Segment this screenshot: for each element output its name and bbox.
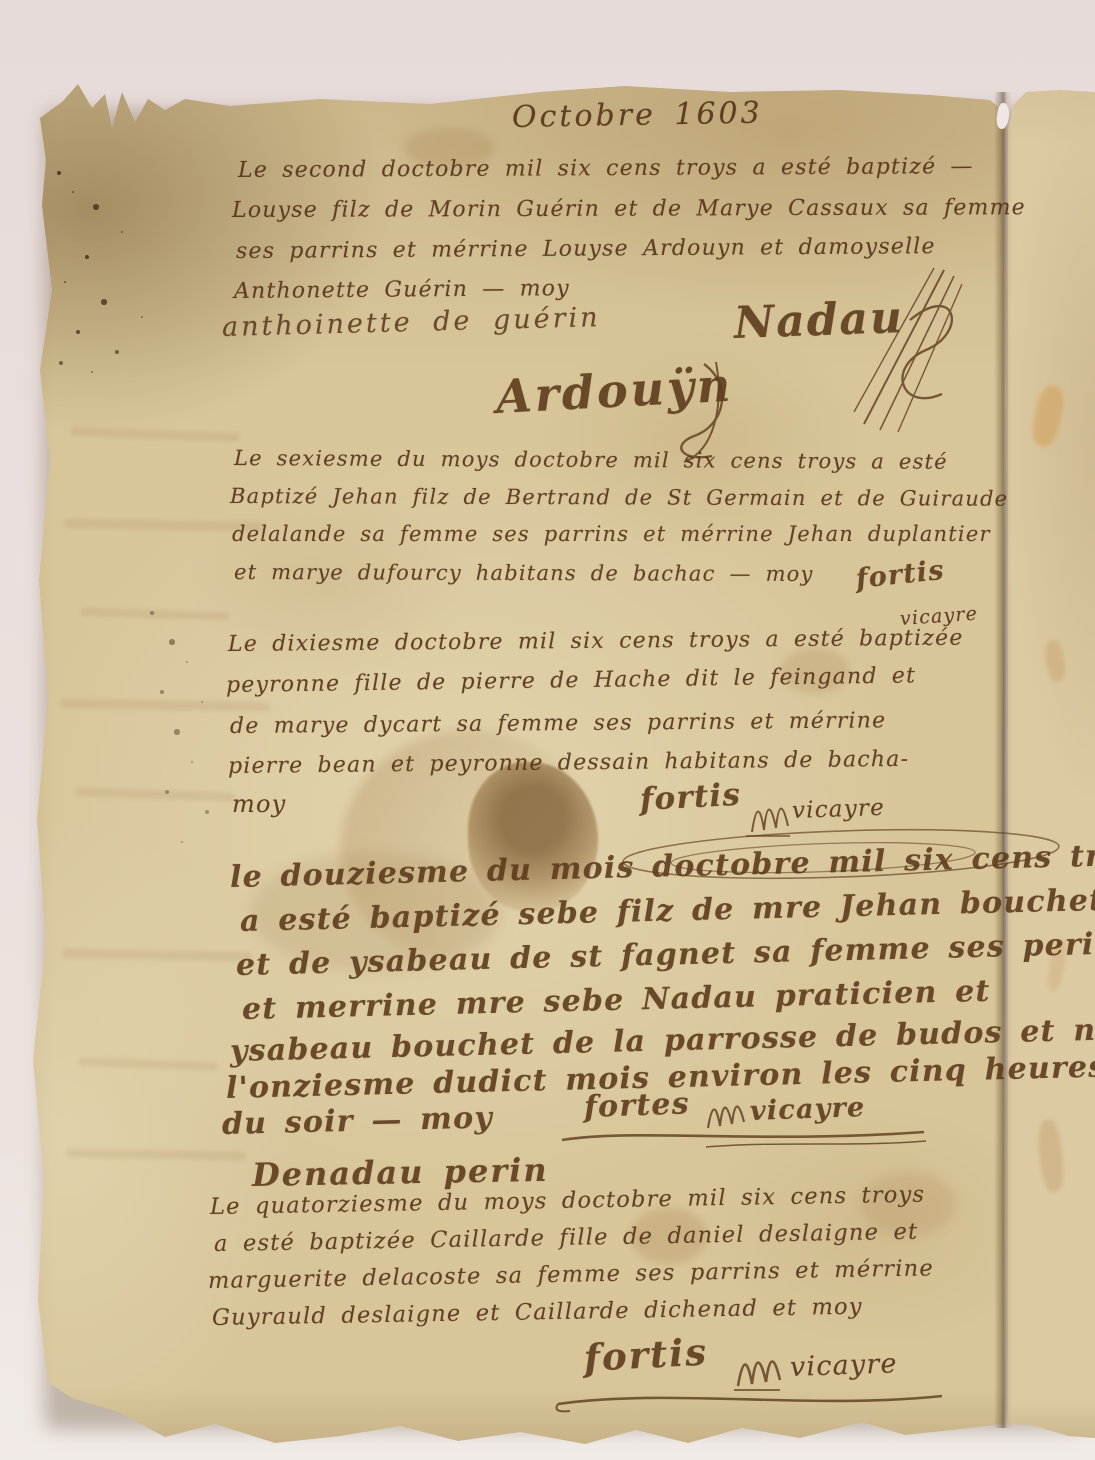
signature-fortis: fortis [583,1330,709,1380]
signature-denadau: Denadau perin [252,1151,549,1194]
foxing-speckles [0,0,2,2]
entry-1-line: Le second doctobre mil six cens troys a … [238,154,974,183]
page-title: Octobre 1603 [512,96,763,135]
entry-3-line: moy [232,790,286,818]
photograph-background: Octobre 1603 Le second doctobre mil six … [0,0,1095,1460]
entry-4-line: du soir — moy [222,1100,494,1142]
fold-crease [994,92,1012,1428]
entry-2-line: Baptizé Jehan filz de Bertrand de St Ger… [230,484,1008,511]
entry-1-line: Anthonette Guérin — moy [234,276,570,304]
signature-underline-flourish [556,1124,936,1152]
entry-1-line: ses parrins et mérrine Louyse Ardouyn et… [236,234,936,264]
signature-vicayre: vicayre [749,1092,865,1127]
entry-1-line: Louyse filz de Morin Guérin et de Marye … [232,195,1026,223]
signature-underline-flourish [550,1386,950,1418]
signature-fortis: fortis [639,777,742,818]
signature-vicayre: vicayre [792,795,886,824]
entry-2-line: delalande sa femme ses parrins et mérrin… [232,522,991,546]
entry-2-line: Le sexiesme du moys doctobre mil six cen… [234,446,948,474]
entry-2-line: et marye dufourcy habitans de bachac — m… [234,560,814,586]
signature-fortes: fortes [583,1086,690,1125]
signature-vicayre: vicayre [789,1348,898,1383]
nadau-paraph-flourish [846,262,976,437]
